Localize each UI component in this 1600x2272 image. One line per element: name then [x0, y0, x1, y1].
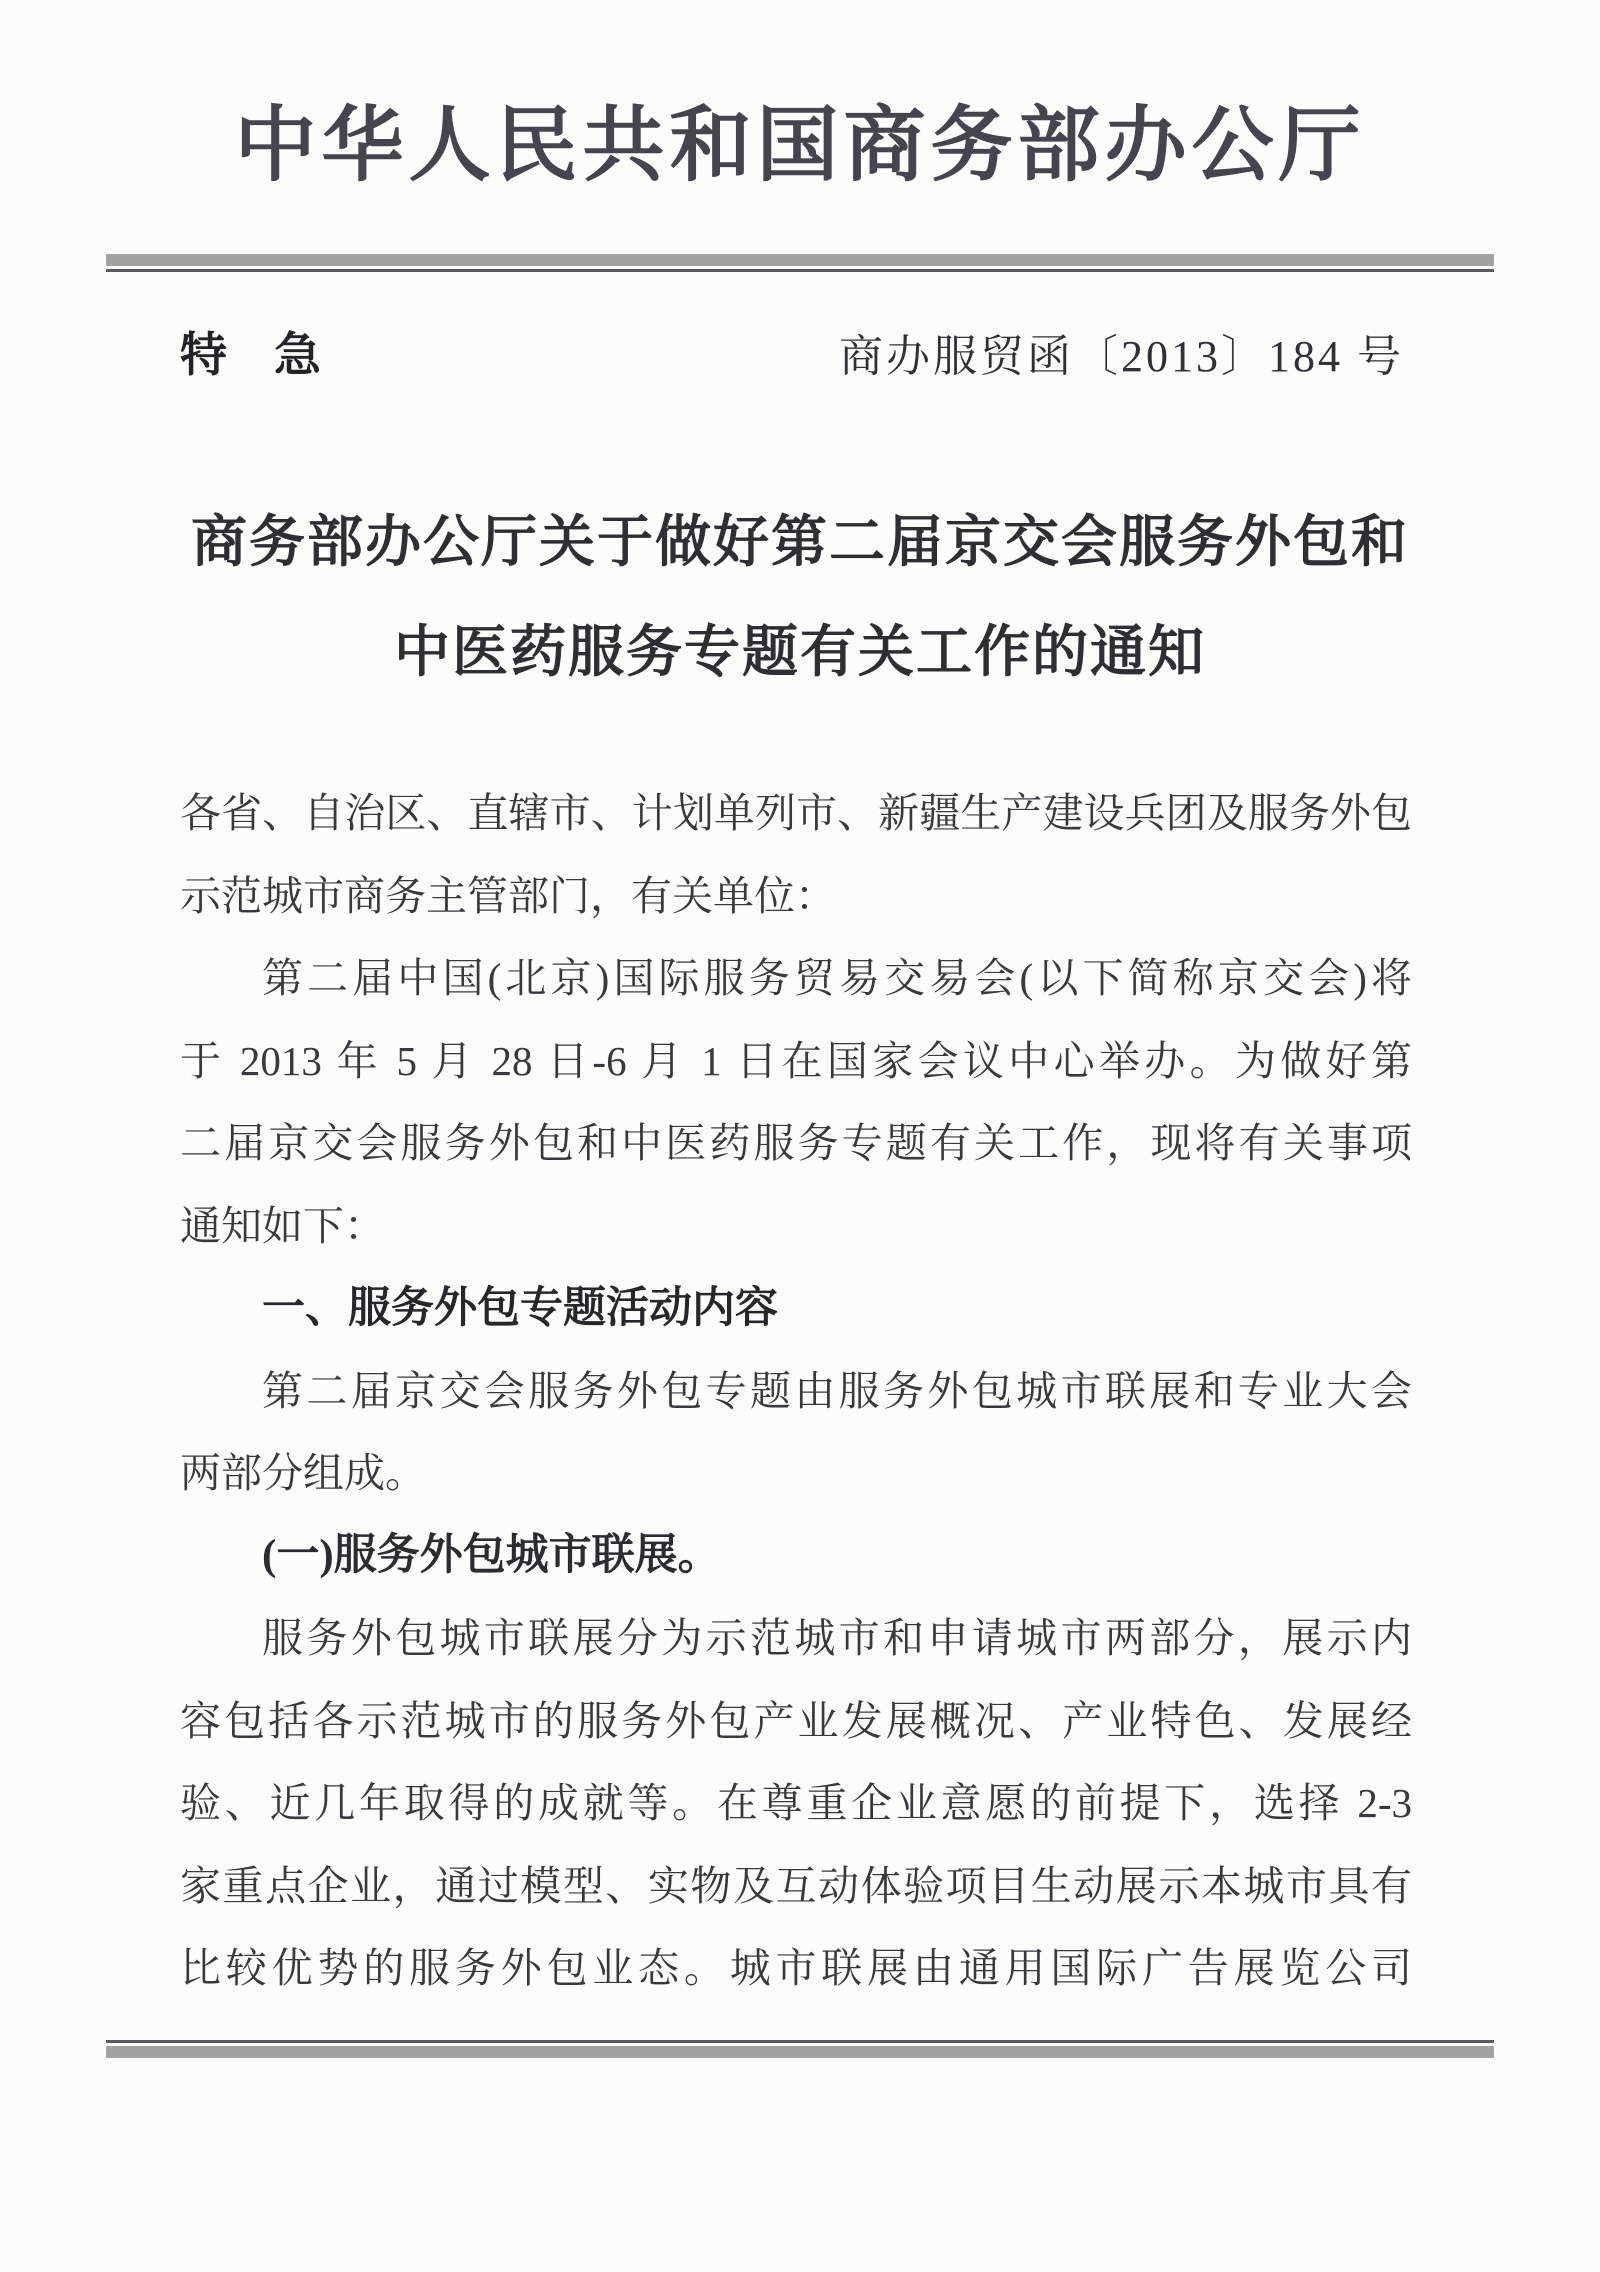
body-line: 通知如下：: [180, 1185, 1412, 1268]
header-divider-band: [106, 254, 1494, 266]
body-line: 各省、自治区、直辖市、计划单列市、新疆生产建设兵团及服务外包: [180, 772, 1412, 855]
body-heading: 一、服务外包专题活动内容: [180, 1267, 1412, 1350]
body-line: 于 2013 年 5 月 28 日-6 月 1 日在国家会议中心举办。为做好第: [180, 1020, 1412, 1103]
body-line: 比较优势的服务外包业态。城市联展由通用国际广告展览公司: [180, 1927, 1412, 2010]
header-divider-line: [106, 269, 1494, 272]
document-title-line2: 中医药服务专题有关工作的通知: [0, 608, 1600, 688]
body-line: 服务外包城市联展分为示范城市和申请城市两部分，展示内: [180, 1597, 1412, 1680]
body-heading: (一)服务外包城市联展。: [180, 1515, 1412, 1598]
body-line: 家重点企业，通过模型、实物及互动体验项目生动展示本城市具有: [180, 1845, 1412, 1928]
body-line: 容包括各示范城市的服务外包产业发展概况、产业特色、发展经: [180, 1680, 1412, 1763]
agency-header-title: 中华人民共和国商务部办公厅: [0, 80, 1600, 197]
body-line: 第二届中国(北京)国际服务贸易交易会(以下简称京交会)将: [180, 937, 1412, 1020]
header-divider: [106, 254, 1494, 272]
body-line: 两部分组成。: [180, 1432, 1412, 1515]
document-title-line1: 商务部办公厅关于做好第二届京交会服务外包和: [0, 498, 1600, 578]
urgency-label: 特 急: [180, 318, 321, 385]
footer-divider-line: [106, 2040, 1494, 2043]
document-number: 商办服贸函〔2013〕184 号: [839, 320, 1404, 384]
document-body: 各省、自治区、直辖市、计划单列市、新疆生产建设兵团及服务外包示范城市商务主管部门…: [180, 772, 1412, 2010]
footer-divider-band: [106, 2046, 1494, 2058]
body-line: 二届京交会服务外包和中医药服务专题有关工作，现将有关事项: [180, 1102, 1412, 1185]
footer-divider: [106, 2040, 1494, 2058]
document-page: 中华人民共和国商务部办公厅 特 急 商办服贸函〔2013〕184 号 商务部办公…: [0, 0, 1600, 2272]
body-line: 第二届京交会服务外包专题由服务外包城市联展和专业大会: [180, 1350, 1412, 1433]
meta-row: 特 急 商办服贸函〔2013〕184 号: [180, 318, 1404, 385]
body-line: 验、近几年取得的成就等。在尊重企业意愿的前提下，选择 2-3: [180, 1762, 1412, 1845]
body-line: 示范城市商务主管部门，有关单位：: [180, 855, 1412, 938]
